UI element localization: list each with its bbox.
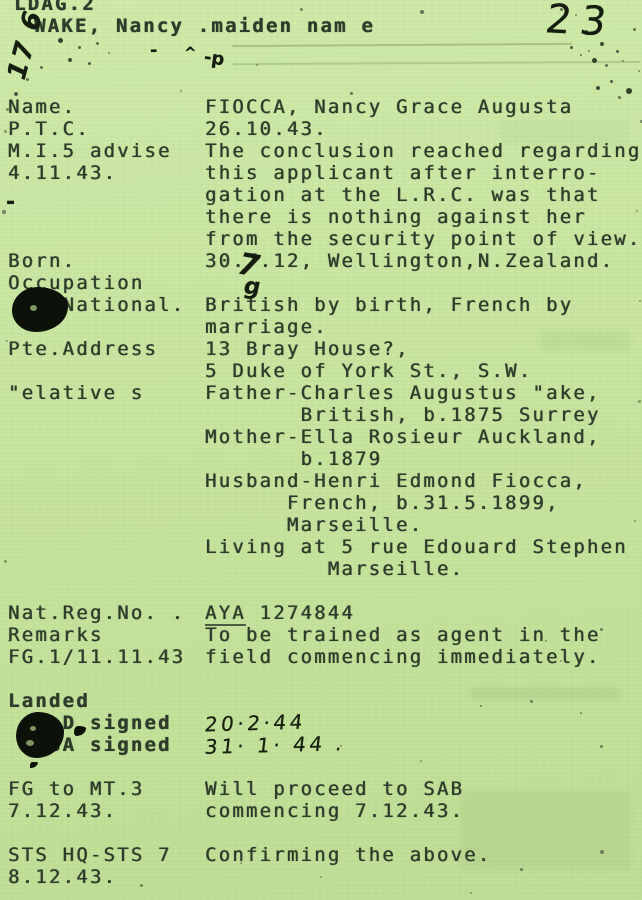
field-label: M.I.5 advise	[8, 140, 205, 162]
speckle	[6, 108, 9, 111]
handwritten-scribble: 17 6	[3, 4, 49, 86]
field-label: P.T.C.	[8, 118, 205, 140]
record-body: Name.FIOCCA, Nancy Grace AugustaP.T.C.26…	[0, 96, 642, 888]
field-value: Living at 5 rue Edouard Stephen	[205, 536, 628, 558]
speckle	[634, 520, 636, 522]
record-line: FG.1/11.11.43field commencing immediatel…	[0, 646, 642, 668]
speckle	[340, 745, 342, 747]
field-value: b.1879	[205, 448, 382, 470]
pencil-line	[232, 43, 572, 47]
field-value: FIOCCA, Nancy Grace Augusta	[205, 96, 573, 118]
field-value: marriage.	[205, 316, 328, 338]
record-line: Living at 5 rue Edouard Stephen	[0, 536, 642, 558]
field-value: Will proceed to SAB	[205, 778, 464, 800]
field-value: British by birth, French by	[205, 294, 573, 316]
speckle	[480, 705, 482, 707]
ink-blot-hole	[26, 740, 34, 746]
field-label: Pte.Address	[8, 338, 205, 360]
handwritten-mark: -	[150, 40, 157, 61]
speckle	[8, 640, 10, 642]
record-line: b.1879	[0, 448, 642, 470]
document-page: LDAG.2 WAKE, Nancy .maiden nam e 23 17 6…	[0, 0, 642, 900]
field-label: "elative s	[8, 382, 205, 404]
speckle	[58, 38, 63, 43]
speckle	[618, 96, 621, 99]
record-line	[0, 580, 642, 602]
speckle	[256, 64, 258, 66]
record-line	[0, 756, 642, 778]
speckle	[68, 58, 72, 62]
field-label: FG.1/11.11.43	[8, 646, 205, 668]
field-label: Name.	[8, 96, 205, 118]
field-label: 7.12.43.	[8, 800, 205, 822]
field-label	[8, 756, 205, 778]
speckle	[420, 760, 422, 762]
field-value: Husband-Henri Edmond Fiocca,	[205, 470, 587, 492]
speckle	[26, 78, 29, 81]
field-value: 13 Bray House?,	[205, 338, 410, 360]
speckle	[636, 210, 638, 212]
field-label	[8, 470, 205, 492]
speckle	[4, 130, 7, 133]
speckle	[320, 876, 322, 878]
field-value: 5 Duke of York St., S.W.	[205, 360, 532, 382]
bleed-through	[500, 120, 630, 146]
speckle	[530, 700, 533, 703]
record-line: from the security point of view.	[0, 228, 642, 250]
speckle	[622, 60, 624, 62]
field-label	[8, 668, 205, 690]
field-label	[8, 206, 205, 228]
field-value: Marseille.	[205, 558, 464, 580]
field-label: Landed	[8, 690, 205, 712]
speckle	[420, 10, 424, 14]
record-line: Husband-Henri Edmond Fiocca,	[0, 470, 642, 492]
field-label: Remarks	[8, 624, 205, 646]
speckle	[96, 42, 99, 45]
field-label	[8, 514, 205, 536]
speckle	[616, 50, 619, 53]
field-label: Born.	[8, 250, 205, 272]
speckle	[560, 8, 563, 11]
speckle	[605, 64, 608, 67]
speckle	[545, 640, 547, 642]
record-line: 4.11.43.this applicant after interro-	[0, 162, 642, 184]
speckle	[639, 300, 641, 302]
speckle	[4, 560, 7, 563]
speckle	[580, 712, 582, 714]
speckle	[633, 28, 636, 31]
field-label	[8, 492, 205, 514]
speckle	[638, 70, 640, 72]
field-value: 26.10.43.	[205, 118, 328, 140]
speckle	[575, 14, 577, 16]
speckle	[580, 54, 582, 56]
speckle	[140, 884, 143, 887]
speckle	[6, 340, 8, 342]
record-line: RemarksTo be trained as agent in the	[0, 624, 642, 646]
field-label: 4.11.43.	[8, 162, 205, 184]
record-line	[0, 668, 642, 690]
speckle	[592, 58, 597, 63]
page-number: 23	[542, 0, 618, 46]
field-label	[8, 360, 205, 382]
field-value: commencing 7.12.43.	[205, 800, 464, 822]
handwritten-mark: -p	[203, 47, 226, 71]
speckle	[470, 892, 472, 894]
field-label	[8, 448, 205, 470]
record-line: Occupation	[0, 272, 642, 294]
record-line: Marseille.	[0, 514, 642, 536]
record-line: National.British by birth, French by	[0, 294, 642, 316]
bleed-through	[460, 790, 630, 870]
speckle	[300, 8, 303, 11]
field-label: Nat.Reg.No. .	[8, 602, 205, 624]
record-line: "elative sFather-Charles Augustus "ake,	[0, 382, 642, 404]
speckle	[40, 66, 43, 69]
field-label	[8, 404, 205, 426]
record-line: SA signed31· 1· 44 .	[0, 734, 642, 756]
field-value: Confirming the above.	[205, 844, 491, 866]
field-value: AYA 1274844	[205, 602, 355, 626]
field-value: To be trained as agent in the	[205, 624, 601, 646]
speckle	[638, 400, 641, 403]
speckle	[520, 868, 523, 871]
field-value: there is nothing against her	[205, 206, 587, 228]
ink-blot-hole	[30, 305, 37, 311]
field-label: FG to MT.3	[8, 778, 205, 800]
field-value: from the security point of view.	[205, 228, 641, 250]
field-value: Mother-Ella Rosieur Auckland,	[205, 426, 601, 448]
field-label	[8, 558, 205, 580]
speckle	[600, 42, 604, 46]
field-label	[8, 822, 205, 844]
speckle	[78, 46, 81, 49]
record-line: Marseille.	[0, 558, 642, 580]
speckle	[240, 862, 242, 864]
record-line: British, b.1875 Surrey	[0, 404, 642, 426]
speckle	[180, 90, 182, 92]
speckle	[600, 745, 603, 748]
field-value: field commencing immediately.	[205, 646, 601, 668]
bleed-through	[540, 332, 630, 350]
record-line: French, b.31.5.1899,	[0, 492, 642, 514]
speckle	[626, 88, 632, 94]
speckle	[600, 850, 604, 854]
bleed-through	[470, 688, 620, 700]
document-title: WAKE, Nancy .maiden nam e	[34, 15, 375, 37]
speckle	[588, 50, 590, 52]
speckle	[610, 80, 613, 83]
speckle	[2, 210, 6, 214]
record-line: Born.30.7.12, Wellington,N.Zealand.	[0, 250, 642, 272]
speckle	[80, 860, 82, 862]
handwritten-value: 31· 1· 44 .	[204, 732, 347, 758]
speckle	[88, 62, 91, 65]
field-label: STS HQ-STS 7	[8, 844, 205, 866]
field-label: 8.12.43.	[8, 866, 205, 888]
speckle	[560, 660, 562, 662]
record-line: gation at the L.R.C. was that	[0, 184, 642, 206]
handwritten-mark: ^	[184, 44, 197, 62]
field-label	[8, 580, 205, 602]
field-value: Marseille.	[205, 514, 423, 536]
record-line: there is nothing against her	[0, 206, 642, 228]
field-label	[8, 228, 205, 250]
speckle	[570, 46, 573, 49]
field-value: gation at the L.R.C. was that	[205, 184, 601, 206]
record-line: Mother-Ella Rosieur Auckland,	[0, 426, 642, 448]
speckle	[350, 92, 353, 95]
field-value: British, b.1875 Surrey	[205, 404, 601, 426]
speckle	[108, 52, 110, 54]
field-value: French, b.31.5.1899,	[205, 492, 560, 514]
speckle	[600, 628, 603, 631]
speckle	[596, 86, 600, 90]
pencil-line	[232, 61, 640, 65]
record-line: Nat.Reg.No. .AYA 1274844	[0, 602, 642, 624]
record-line: D signed20·2·44	[0, 712, 642, 734]
underlined-text: AYA	[205, 602, 246, 626]
field-value: this applicant after interro-	[205, 162, 601, 184]
ink-blot-hole	[30, 726, 36, 731]
speckle	[14, 92, 18, 96]
speckle	[585, 30, 588, 33]
record-line: Name.FIOCCA, Nancy Grace Augusta	[0, 96, 642, 118]
field-value: 30.7.12, Wellington,N.Zealand.	[205, 250, 614, 272]
field-label	[8, 536, 205, 558]
field-value: Father-Charles Augustus "ake,	[205, 382, 601, 404]
field-label	[8, 426, 205, 448]
field-label	[8, 184, 205, 206]
record-line: 5 Duke of York St., S.W.	[0, 360, 642, 382]
